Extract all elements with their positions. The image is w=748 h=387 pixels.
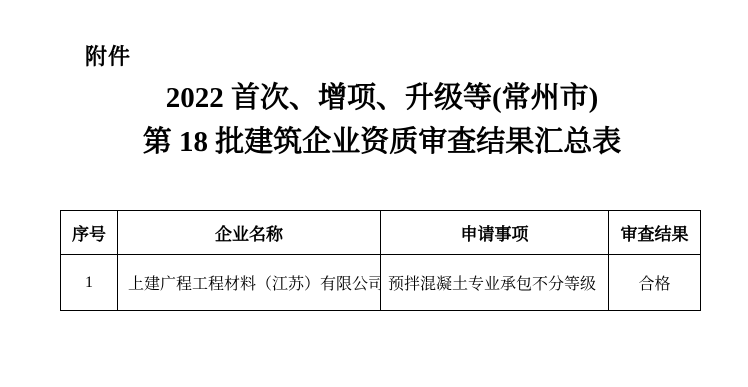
results-table: 序号 企业名称 申请事项 审查结果 1 上建广程工程材料（江苏）有限公司 预拌混… — [60, 210, 701, 311]
header-review-result: 审查结果 — [609, 211, 701, 255]
table-header-row: 序号 企业名称 申请事项 审查结果 — [61, 211, 701, 255]
header-application-item: 申请事项 — [381, 211, 609, 255]
title-line-1: 2022 首次、增项、升级等(常州市) — [16, 76, 748, 120]
header-company-name: 企业名称 — [118, 211, 381, 255]
attachment-label: 附件 — [85, 40, 131, 71]
cell-company-name: 上建广程工程材料（江苏）有限公司 — [118, 255, 381, 311]
cell-serial-number: 1 — [61, 255, 118, 311]
title-line-2: 第 18 批建筑企业资质审查结果汇总表 — [16, 120, 748, 164]
cell-review-result: 合格 — [609, 255, 701, 311]
table-row: 1 上建广程工程材料（江苏）有限公司 预拌混凝土专业承包不分等级 合格 — [61, 255, 701, 311]
document-title: 2022 首次、增项、升级等(常州市) 第 18 批建筑企业资质审查结果汇总表 — [0, 76, 748, 164]
header-serial-number: 序号 — [61, 211, 118, 255]
cell-application-item: 预拌混凝土专业承包不分等级 — [381, 255, 609, 311]
